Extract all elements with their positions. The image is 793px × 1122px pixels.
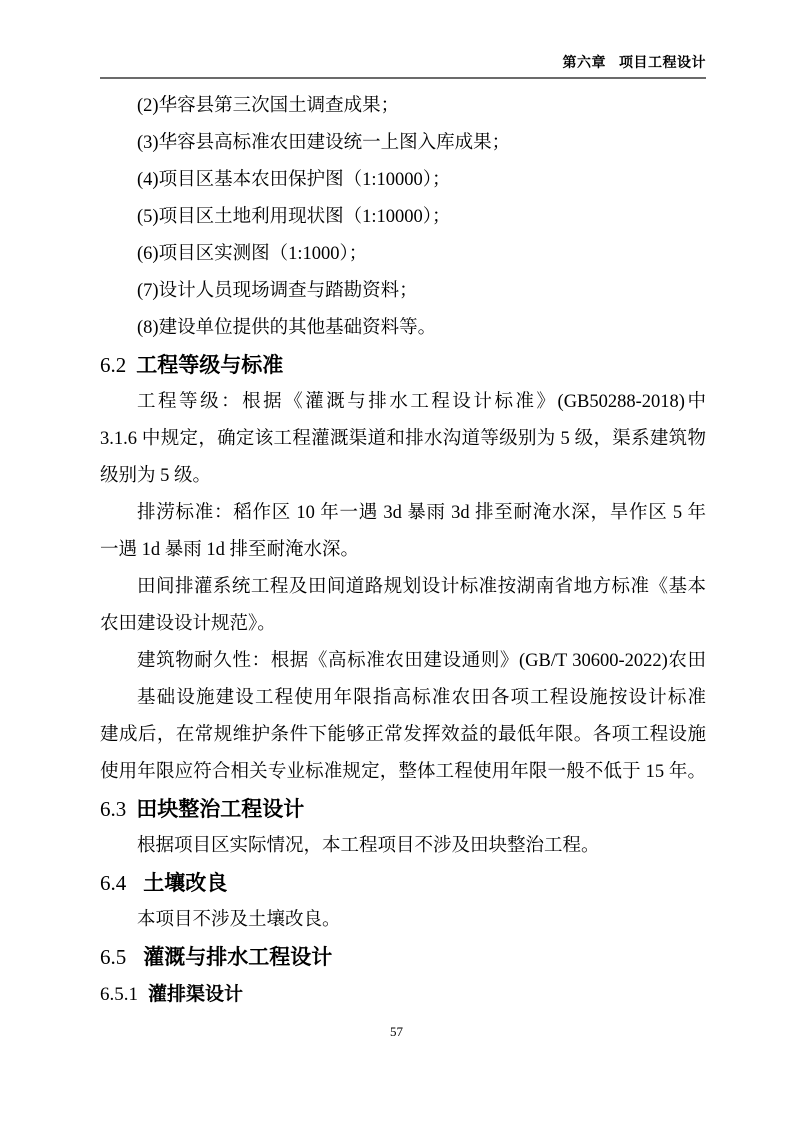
section-heading: 6.5.1灌排渠设计 [100, 976, 706, 1013]
paragraph-line: 根据项目区实际情况，本工程项目不涉及田块整治工程。 [100, 828, 706, 865]
list-item-line: (8)建设单位提供的其他基础资料等。 [100, 310, 706, 347]
paragraph-line: 一遇 1d 暴雨 1d 排至耐淹水深。 [100, 532, 706, 569]
header-title-label: 项目工程设计 [619, 54, 706, 70]
section-heading: 6.2工程等级与标准 [100, 347, 706, 384]
heading-title: 灌溉与排水工程设计 [143, 946, 332, 969]
list-item-line: (3)华容县高标准农田建设统一上图入库成果； [100, 125, 706, 162]
paragraph-line: 田间排灌系统工程及田间道路规划设计标准按湖南省地方标准《基本 [100, 569, 706, 606]
paragraph-line: 3.1.6 中规定，确定该工程灌溉渠道和排水沟道等级别为 5 级，渠系建筑物 [100, 421, 706, 458]
list-item-line: (2)华容县第三次国土调查成果； [100, 88, 706, 125]
list-item-line: (4)项目区基本农田保护图（1:10000）； [100, 162, 706, 199]
list-item-line: (7)设计人员现场调查与踏勘资料； [100, 273, 706, 310]
section-heading: 6.4土壤改良 [100, 865, 706, 902]
heading-title: 工程等级与标准 [136, 354, 283, 377]
heading-number: 6.4 [100, 871, 126, 895]
paragraph-line: 工程等级：根据《灌溉与排水工程设计标准》(GB50288-2018)中 3.1.… [100, 384, 706, 421]
paragraph-line: 基础设施建设工程使用年限指高标准农田各项工程设施按设计标准 [100, 680, 706, 717]
heading-number: 6.3 [100, 797, 126, 821]
document-body: (2)华容县第三次国土调查成果；(3)华容县高标准农田建设统一上图入库成果；(4… [100, 88, 706, 1013]
list-item-line: (6)项目区实测图（1:1000）； [100, 236, 706, 273]
section-heading: 6.5灌溉与排水工程设计 [100, 939, 706, 976]
page-header: 第六章项目工程设计 [100, 50, 706, 79]
section-heading: 6.3田块整治工程设计 [100, 791, 706, 828]
heading-number: 6.5 [100, 945, 126, 969]
paragraph-line: 建筑物耐久性：根据《高标准农田建设通则》(GB/T 30600-2022)农田 [100, 643, 706, 680]
heading-number: 6.2 [100, 353, 126, 377]
list-item-line: (5)项目区土地利用现状图（1:10000）； [100, 199, 706, 236]
header-chapter-label: 第六章 [563, 54, 607, 70]
paragraph-line: 本项目不涉及土壤改良。 [100, 902, 706, 939]
paragraph-line: 排涝标准：稻作区 10 年一遇 3d 暴雨 3d 排至耐淹水深，旱作区 5 年 [100, 495, 706, 532]
heading-title: 田块整治工程设计 [136, 798, 304, 821]
page-number: 57 [0, 1024, 793, 1040]
heading-number: 6.5.1 [100, 984, 138, 1005]
document-page: 第六章项目工程设计 (2)华容县第三次国土调查成果；(3)华容县高标准农田建设统… [0, 0, 793, 1122]
paragraph-line: 农田建设设计规范》。 [100, 606, 706, 643]
heading-title: 土壤改良 [143, 872, 227, 895]
paragraph-line: 级别为 5 级。 [100, 458, 706, 495]
paragraph-line: 建成后，在常规维护条件下能够正常发挥效益的最低年限。各项工程设施 [100, 717, 706, 754]
paragraph-line: 使用年限应符合相关专业标准规定，整体工程使用年限一般不低于 15 年。 [100, 754, 706, 791]
heading-title: 灌排渠设计 [148, 984, 243, 1005]
